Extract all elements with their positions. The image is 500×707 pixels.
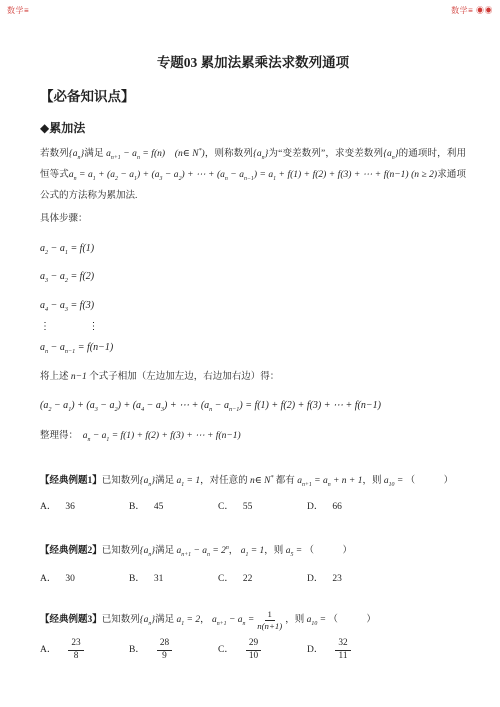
option-label: B． bbox=[129, 573, 145, 586]
equation-2: a3 − a2 = f(2) bbox=[40, 270, 466, 284]
equation-3: a4 − a3 = f(3) bbox=[40, 299, 466, 313]
example-3-question-prefix: 【经典例题3】已知数列{an}满足 a1 = 2， an+1 − an = bbox=[40, 614, 254, 626]
option-label: D． bbox=[307, 644, 323, 657]
vertical-dots-icon: ⋮ bbox=[40, 320, 50, 333]
option-value: 66 bbox=[332, 501, 342, 514]
example-3-option-a: A． 23 8 bbox=[40, 638, 129, 663]
example-2-option-c: C． 22 bbox=[218, 573, 307, 586]
section-header-knowledge-points: 【必备知识点】 bbox=[40, 88, 466, 107]
sum-equation: (a2 − a1) + (a3 − a2) + (a4 − a3) + ⋯ + … bbox=[40, 399, 466, 413]
worksheet-page: 专题03 累加法累乘法求数列通项 【必备知识点】 ◆累加法 若数列{an}满足 … bbox=[0, 0, 500, 663]
example-2-option-b: B． 31 bbox=[129, 573, 218, 586]
fraction: 29 10 bbox=[246, 638, 261, 663]
fraction-numerator: 32 bbox=[335, 638, 350, 651]
fraction-numerator: 29 bbox=[246, 638, 261, 651]
example-1-options: A． 36 B． 45 C． 55 D． 66 bbox=[40, 501, 466, 514]
fraction: 1 n(n+1) bbox=[257, 609, 282, 632]
fraction-numerator: 28 bbox=[157, 638, 172, 651]
fraction-numerator: 1 bbox=[265, 609, 275, 621]
fraction-denominator: 8 bbox=[74, 651, 79, 663]
example-3-option-b: B． 28 9 bbox=[129, 638, 218, 663]
example-2-option-d: D． 23 bbox=[307, 573, 396, 586]
example-3-option-d: D． 32 11 bbox=[307, 638, 396, 663]
example-1-question: 【经典例题1】已知数列{an}满足 a1 = 1，对任意的 n∈ N* 都有 a… bbox=[40, 473, 466, 490]
fraction-denominator: n(n+1) bbox=[257, 621, 282, 632]
example-1-option-d: D． 66 bbox=[307, 501, 396, 514]
example-3-option-c: C． 29 10 bbox=[218, 638, 307, 663]
option-label: B． bbox=[129, 644, 145, 657]
option-value: 55 bbox=[243, 501, 253, 514]
vertical-dots-icon: ⋮ bbox=[89, 320, 99, 333]
fraction: 23 8 bbox=[68, 638, 83, 663]
example-1-option-b: B． 45 bbox=[129, 501, 218, 514]
fraction: 28 9 bbox=[157, 638, 172, 663]
fraction: 32 11 bbox=[335, 638, 350, 663]
option-value: 36 bbox=[65, 501, 75, 514]
equation-n: an − an−1 = f(n−1) bbox=[40, 341, 466, 355]
example-1-option-a: A． 36 bbox=[40, 501, 129, 514]
watermark-right: 数学≡ ◉◉ bbox=[451, 5, 493, 16]
steps-label: 具体步骤： bbox=[40, 209, 466, 230]
intro-paragraph: 若数列{an}满足 an+1 − an = f(n) (n∈ N*)，则称数列{… bbox=[40, 144, 466, 207]
example-1-option-c: C． 55 bbox=[218, 501, 307, 514]
watermark-left: 数学≡ bbox=[7, 5, 29, 16]
vertical-dots-row: ⋮ ⋮ bbox=[40, 320, 466, 333]
option-label: C． bbox=[218, 644, 234, 657]
option-label: C． bbox=[218, 501, 234, 514]
example-2-options: A． 30 B． 31 C． 22 D． 23 bbox=[40, 573, 466, 586]
example-2-option-a: A． 30 bbox=[40, 573, 129, 586]
page-title: 专题03 累加法累乘法求数列通项 bbox=[40, 54, 466, 73]
equation-1: a2 − a1 = f(1) bbox=[40, 242, 466, 256]
option-value: 45 bbox=[154, 501, 164, 514]
sum-instruction: 将上述 n−1 个式子相加（左边加左边，右边加右边）得： bbox=[40, 367, 466, 388]
option-label: A． bbox=[40, 644, 56, 657]
option-label: A． bbox=[40, 501, 56, 514]
example-3-options: A． 23 8 B． 28 9 C． 29 10 D． 32 11 bbox=[40, 638, 466, 663]
example-3-question-suffix: ，则 a10 = （ ） bbox=[285, 614, 376, 626]
option-value: 30 bbox=[65, 573, 75, 586]
result-line: 整理得： an − a1 = f(1) + f(2) + f(3) + ⋯ + … bbox=[40, 426, 466, 447]
fraction-numerator: 23 bbox=[68, 638, 83, 651]
option-label: D． bbox=[307, 501, 323, 514]
option-value: 31 bbox=[154, 573, 164, 586]
fraction-denominator: 10 bbox=[249, 651, 258, 663]
option-label: B． bbox=[129, 501, 145, 514]
option-value: 22 bbox=[243, 573, 253, 586]
fraction-denominator: 9 bbox=[162, 651, 167, 663]
example-2-question: 【经典例题2】已知数列{an}满足 an+1 − an = 2n， a1 = 1… bbox=[40, 543, 466, 560]
fraction-denominator: 11 bbox=[339, 651, 348, 663]
option-value: 23 bbox=[332, 573, 342, 586]
option-label: A． bbox=[40, 573, 56, 586]
option-label: D． bbox=[307, 573, 323, 586]
subsection-header-accumulation-method: ◆累加法 bbox=[40, 120, 466, 136]
option-label: C． bbox=[218, 573, 234, 586]
example-3-question: 【经典例题3】已知数列{an}满足 a1 = 2， an+1 − an = 1 … bbox=[40, 609, 466, 632]
